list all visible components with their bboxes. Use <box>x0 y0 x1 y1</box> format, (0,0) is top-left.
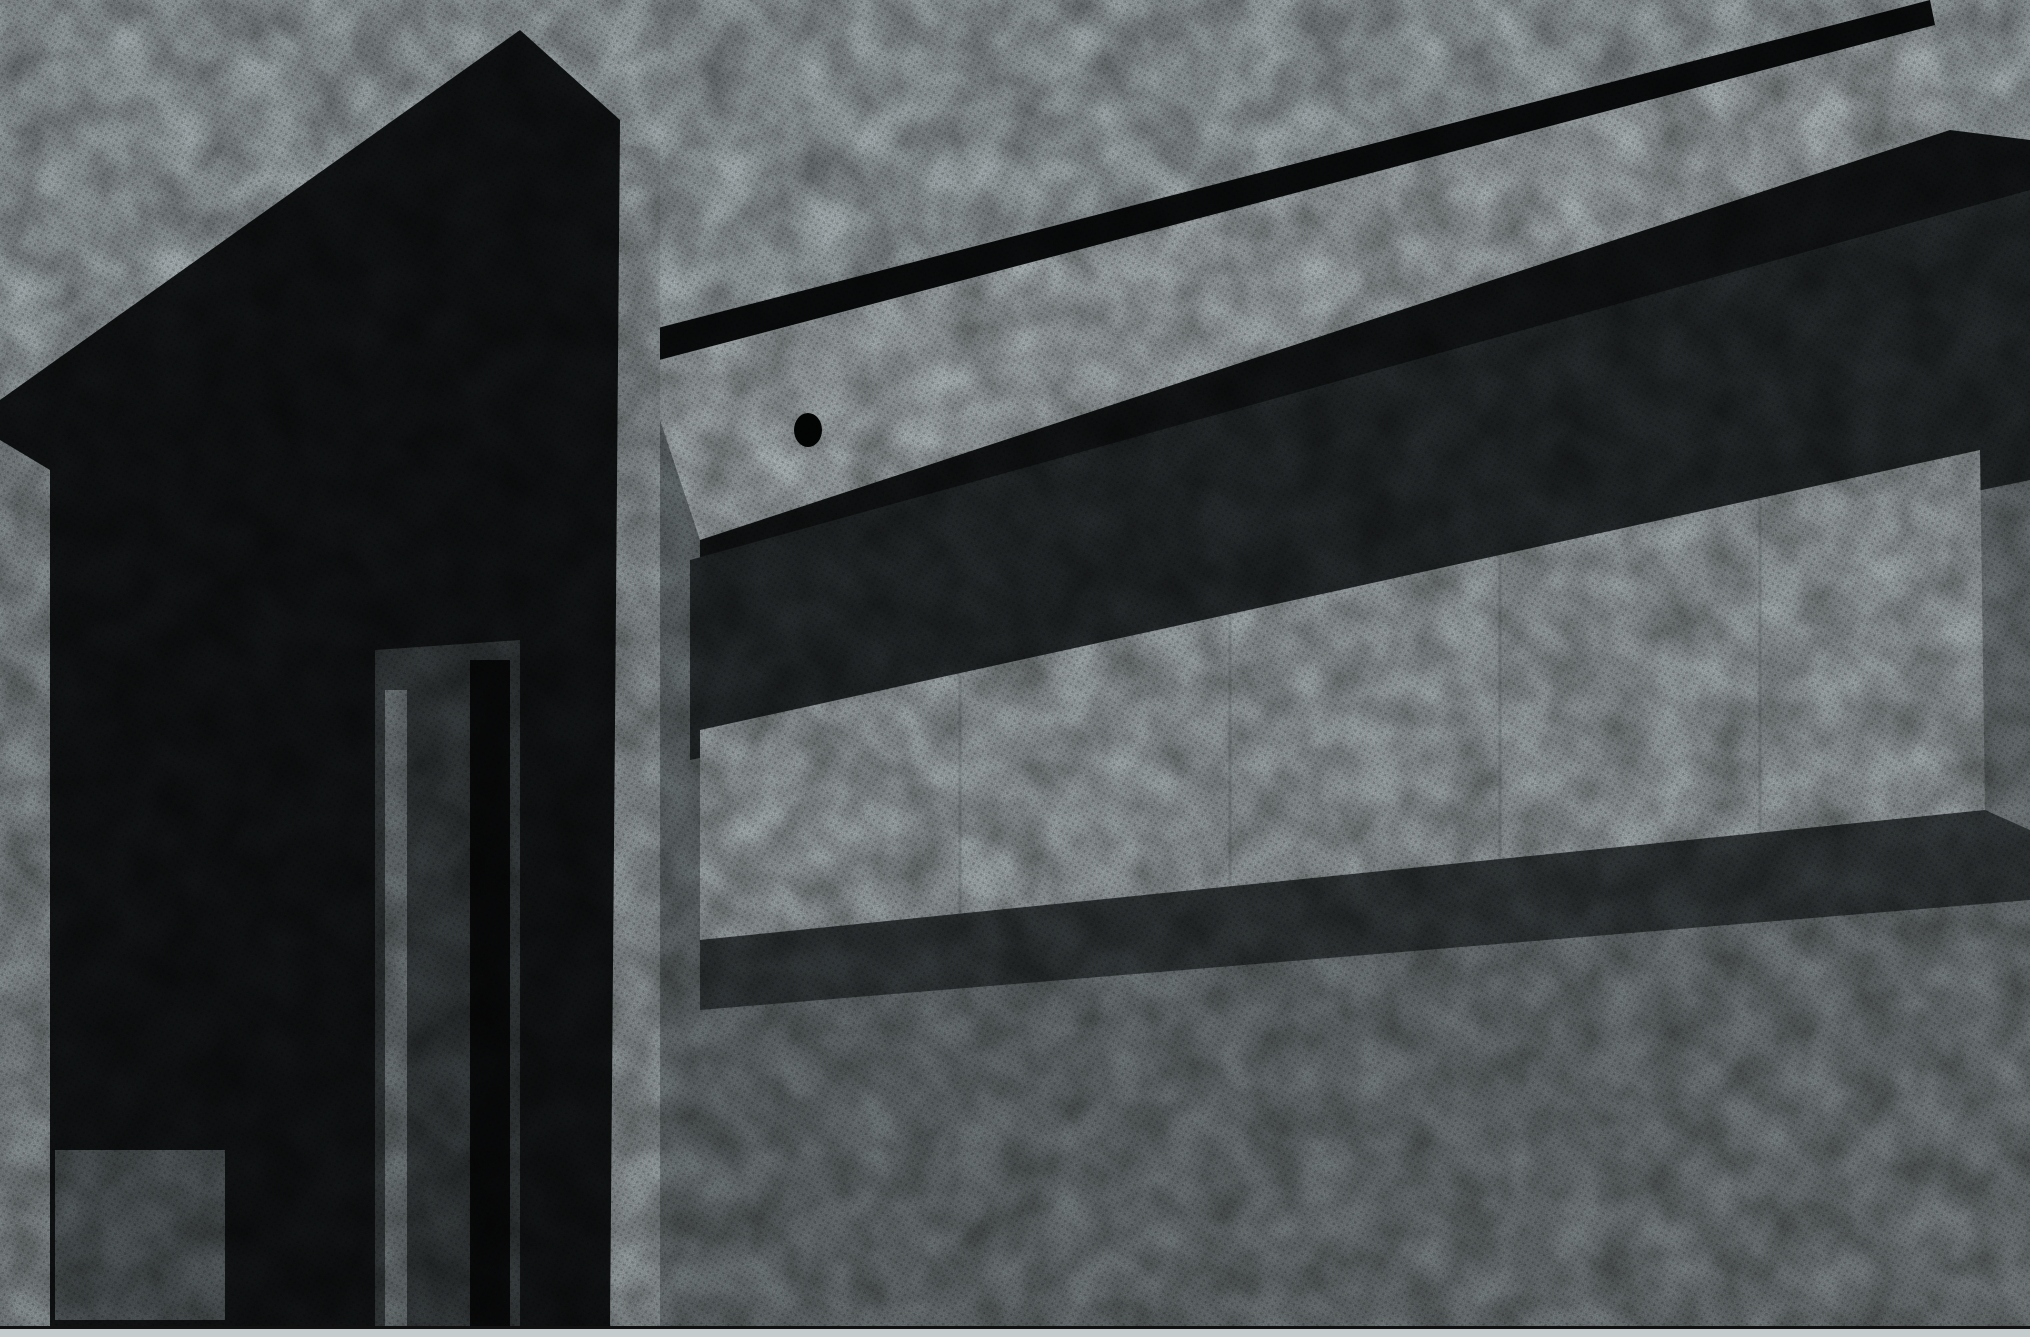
building-photograph <box>0 0 2030 1337</box>
bottom-border <box>0 1326 2030 1337</box>
